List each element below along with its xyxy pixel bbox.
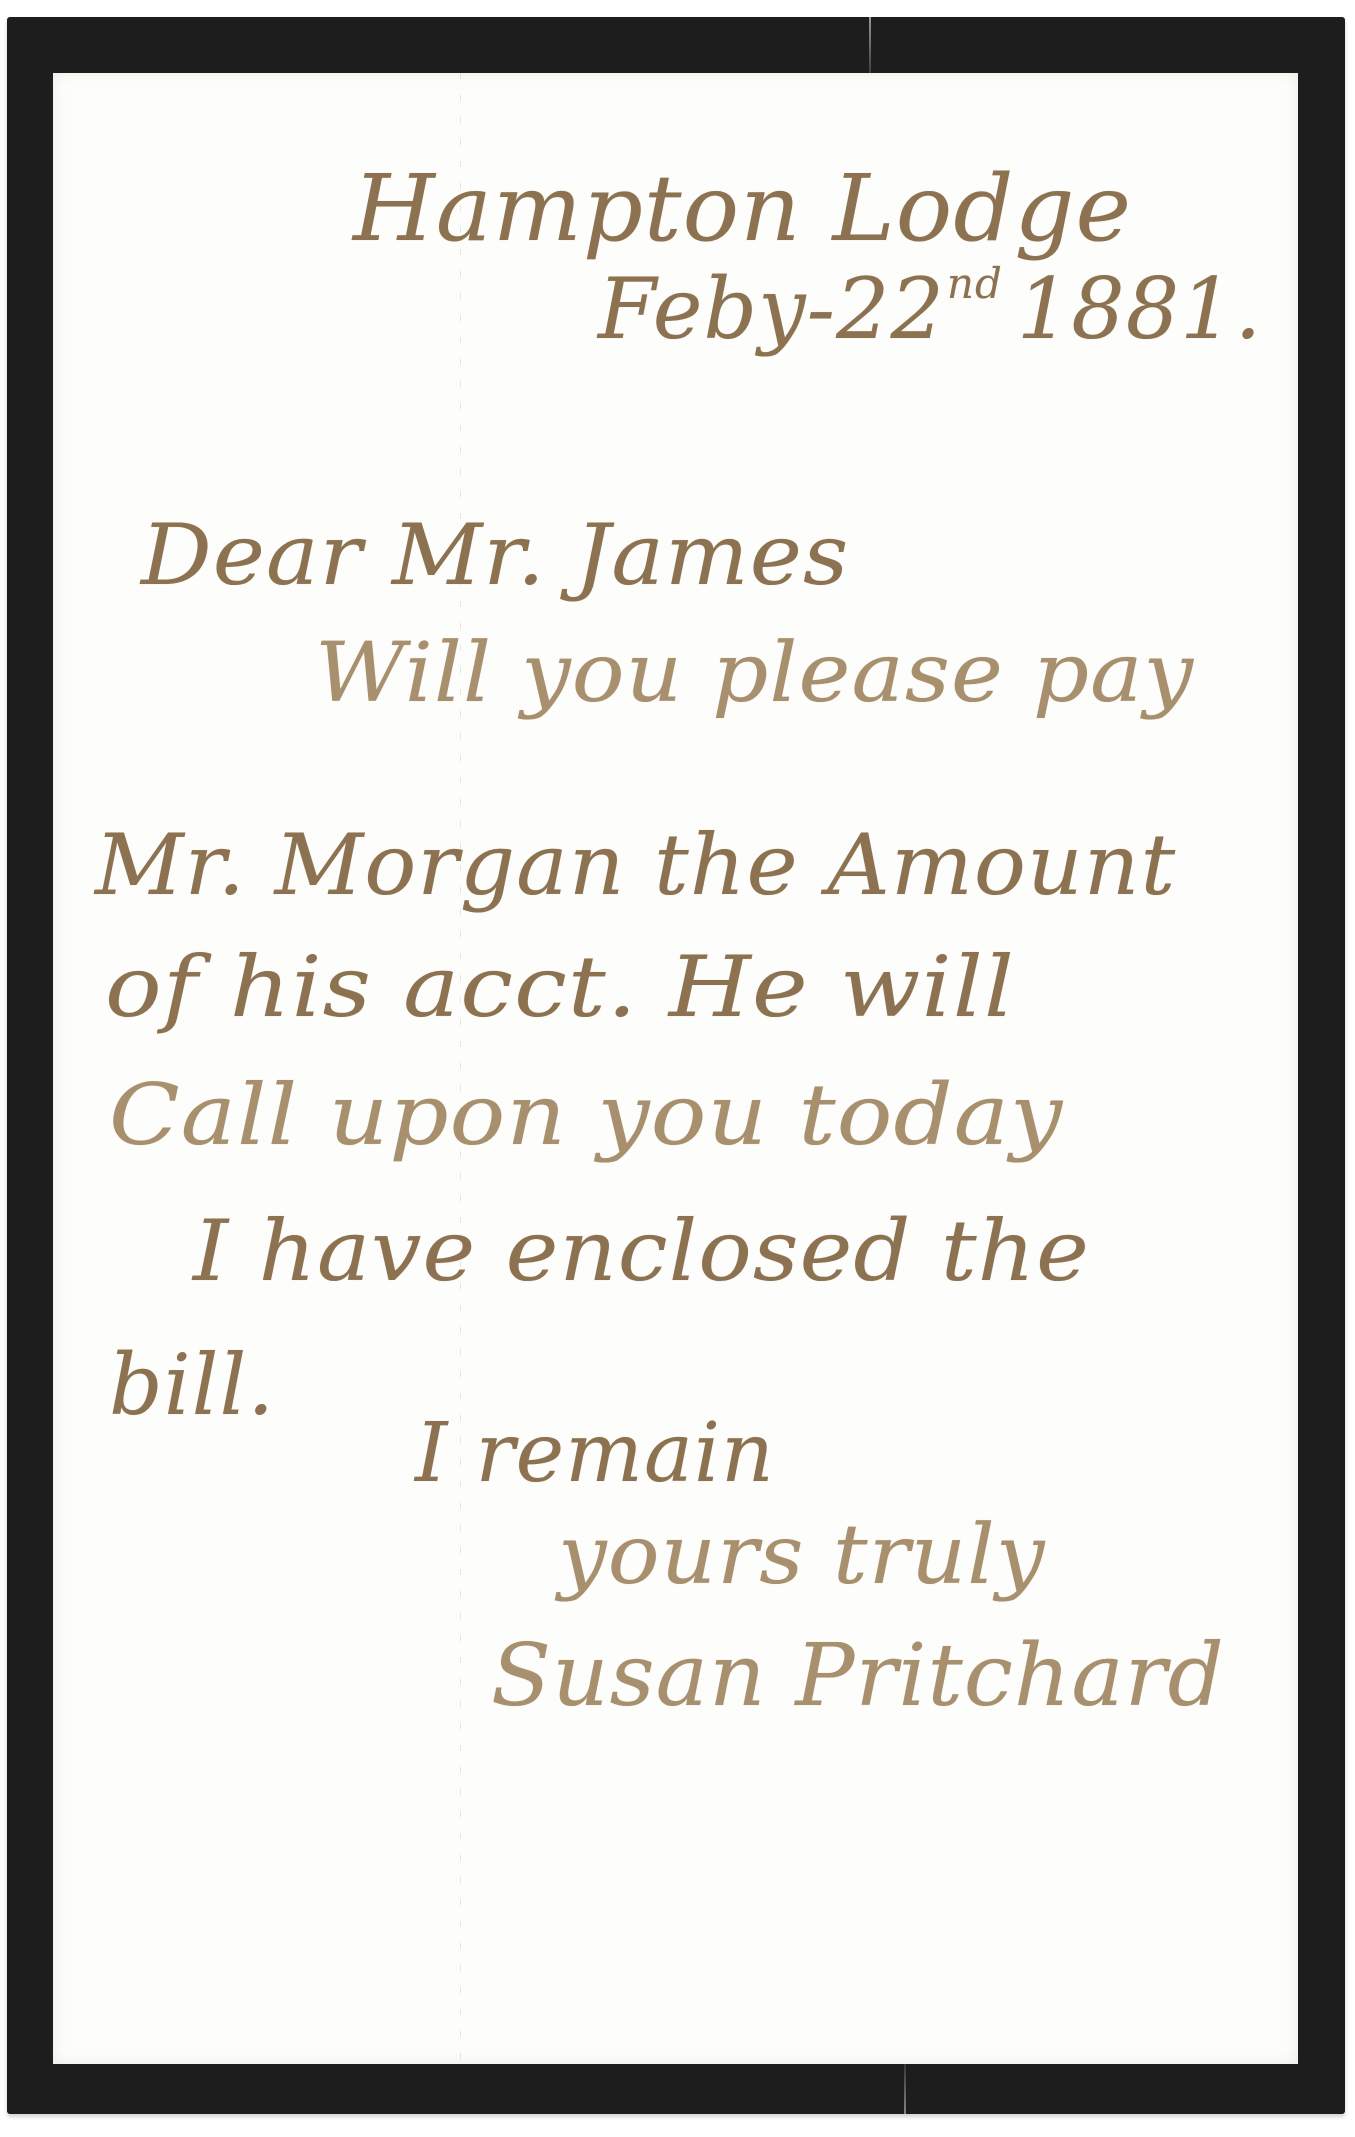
- closing-line: I remain: [415, 1413, 775, 1495]
- bottom-fold-crease: [904, 2064, 906, 2114]
- date-day: Feby-22: [598, 260, 945, 358]
- letter-date: Feby-22nd1881.: [598, 263, 1262, 351]
- letter-place-heading: Hampton Lodge: [353, 163, 1132, 255]
- body-line: Will you please pay: [315, 633, 1194, 715]
- top-fold-crease: [869, 17, 871, 73]
- body-line: I have enclosed the: [193, 1209, 1090, 1293]
- body-line: Call upon you today: [109, 1073, 1063, 1157]
- date-year: 1881.: [1017, 260, 1262, 358]
- body-line: of his acct. He will: [105, 945, 1015, 1029]
- body-line: Mr. Morgan the Amount: [95, 823, 1176, 907]
- body-line: bill.: [109, 1343, 275, 1427]
- closing-line: yours truly: [558, 1515, 1046, 1597]
- letter-sheet: Hampton Lodge Feby-22nd1881. Dear Mr. Ja…: [53, 73, 1298, 2064]
- signature: Susan Pritchard: [491, 1633, 1225, 1719]
- date-ordinal-suffix: nd: [947, 259, 1003, 308]
- salutation: Dear Mr. James: [141, 513, 849, 597]
